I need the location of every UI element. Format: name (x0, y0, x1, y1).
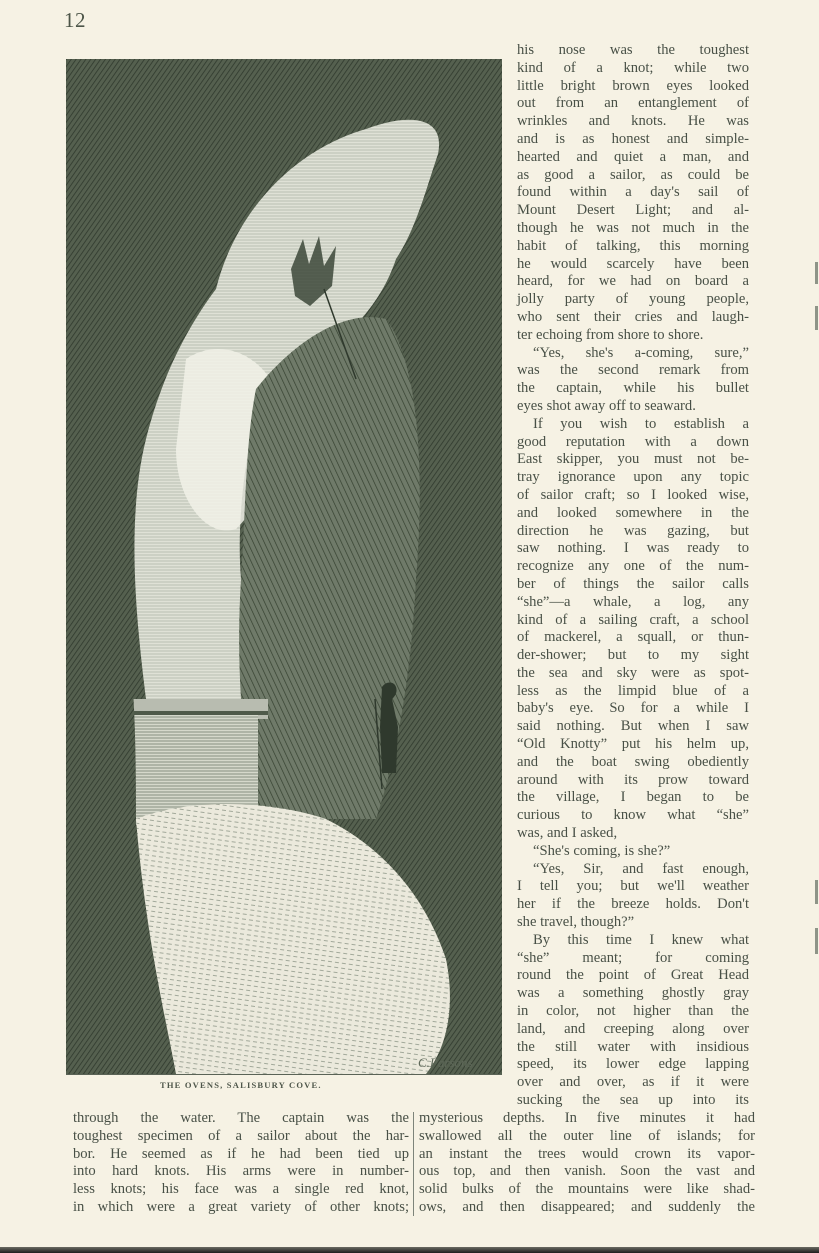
text-line: little bright brown eyes looked (517, 78, 749, 96)
margin-scan-mark (815, 262, 818, 284)
text-line: kind of a knot; while two (517, 60, 749, 78)
text-line: an instant the trees would crown its vap… (419, 1146, 755, 1164)
engraving-illustration: C.Parsons (66, 59, 502, 1075)
page-number: 12 (64, 8, 86, 33)
text-line: his nose was the toughest (517, 42, 749, 60)
text-line: was a something ghostly gray (517, 985, 749, 1003)
text-line: good reputation with a down (517, 434, 749, 452)
text-line: Mount Desert Light; and al- (517, 202, 749, 220)
text-line: in which were a great variety of other k… (73, 1199, 409, 1217)
text-line: toughest specimen of a sailor about the … (73, 1128, 409, 1146)
text-line: less knots; his face was a single red kn… (73, 1181, 409, 1199)
text-line: land, and creeping along over (517, 1021, 749, 1039)
text-line: “she”—a whale, a log, any (517, 594, 749, 612)
text-line: habit of talking, this morning (517, 238, 749, 256)
text-line: he would scarcely have been (517, 256, 749, 274)
text-line: recognize any one of the num- (517, 558, 749, 576)
text-line: though he was not much in the (517, 220, 749, 238)
text-line: baby's eye. So for a while I (517, 700, 749, 718)
text-line: East skipper, you must not be- (517, 451, 749, 469)
text-line: and the boat swing obediently (517, 754, 749, 772)
text-line: was the second remark from (517, 362, 749, 380)
text-line: sucking the sea up into its (517, 1092, 749, 1110)
text-line: as good a sailor, as could be (517, 167, 749, 185)
text-line: “she” meant; for coming (517, 950, 749, 968)
text-line: I tell you; but we'll weather (517, 878, 749, 896)
text-line: she travel, though?” (517, 914, 749, 932)
illustration-caption: THE OVENS, SALISBURY COVE. (160, 1080, 400, 1090)
text-line: over and over, as if it were (517, 1074, 749, 1092)
text-line: “Yes, Sir, and fast enough, (517, 861, 749, 879)
text-line: kind of a sailing craft, a school (517, 612, 749, 630)
bottom-left-column: through the water. The captain was the t… (73, 1110, 409, 1217)
scan-bottom-edge (0, 1247, 819, 1253)
text-line: tray ignorance upon any topic (517, 469, 749, 487)
text-line: around with its prow toward (517, 772, 749, 790)
text-line: her if the breeze holds. Don't (517, 896, 749, 914)
text-line: was, and I asked, (517, 825, 749, 843)
text-line: swallowed all the outer line of islands;… (419, 1128, 755, 1146)
text-line: jolly party of young people, (517, 291, 749, 309)
text-line: der-shower; but to my sight (517, 647, 749, 665)
text-line: into hard knots. His arms were in number… (73, 1163, 409, 1181)
text-line: out from an entanglement of (517, 95, 749, 113)
text-line: the sea and sky were as spot- (517, 665, 749, 683)
text-line: ous top, and then vanish. Soon the vast … (419, 1163, 755, 1181)
text-line: solid bulks of the mountains were like s… (419, 1181, 755, 1199)
text-line: and is as honest and simple- (517, 131, 749, 149)
text-line: less as the limpid blue of a (517, 683, 749, 701)
text-line: eyes shot away off to seaward. (517, 398, 749, 416)
text-line: If you wish to establish a (517, 416, 749, 434)
text-line: in color, not higher than the (517, 1003, 749, 1021)
text-line: of mackerel, a squall, or thun- (517, 629, 749, 647)
right-text-column: his nose was the toughest kind of a knot… (517, 42, 749, 1110)
text-line: “Yes, she's a-coming, sure,” (517, 345, 749, 363)
svg-text:C.Parsons: C.Parsons (418, 1055, 473, 1070)
margin-scan-mark (815, 306, 818, 330)
text-line: ber of things the sailor calls (517, 576, 749, 594)
text-line: ter echoing from shore to shore. (517, 327, 749, 345)
text-line: heard, for we had on board a (517, 273, 749, 291)
text-line: “Old Knotty” put his helm up, (517, 736, 749, 754)
text-line: ows, and then disappeared; and suddenly … (419, 1199, 755, 1217)
bottom-right-column: mysterious depths. In five minutes it ha… (419, 1110, 755, 1217)
text-line: By this time I knew what (517, 932, 749, 950)
text-line: saw nothing. I was ready to (517, 540, 749, 558)
sea-cave-engraving-icon: C.Parsons (66, 59, 502, 1074)
text-line: and looked somewhere in the (517, 505, 749, 523)
text-line: who sent their cries and laugh- (517, 309, 749, 327)
text-line: found within a day's sail of (517, 184, 749, 202)
text-line: of sailor craft; so I looked wise, (517, 487, 749, 505)
text-line: speed, its lower edge lapping (517, 1056, 749, 1074)
text-line: wrinkles and knots. He was (517, 113, 749, 131)
text-line: the still water with insidious (517, 1039, 749, 1057)
text-line: round the point of Great Head (517, 967, 749, 985)
text-line: bor. He seemed as if he had been tied up (73, 1146, 409, 1164)
margin-scan-mark (815, 880, 818, 904)
text-line: through the water. The captain was the (73, 1110, 409, 1128)
text-line: “She's coming, is she?” (517, 843, 749, 861)
text-line: direction he was gazing, but (517, 523, 749, 541)
text-line: hearted and quiet a man, and (517, 149, 749, 167)
text-line: the captain, while his bullet (517, 380, 749, 398)
text-line: the village, I began to be (517, 789, 749, 807)
column-divider (413, 1112, 414, 1216)
text-line: mysterious depths. In five minutes it ha… (419, 1110, 755, 1128)
text-line: said nothing. But when I saw (517, 718, 749, 736)
text-line: curious to know what “she” (517, 807, 749, 825)
margin-scan-mark (815, 928, 818, 954)
